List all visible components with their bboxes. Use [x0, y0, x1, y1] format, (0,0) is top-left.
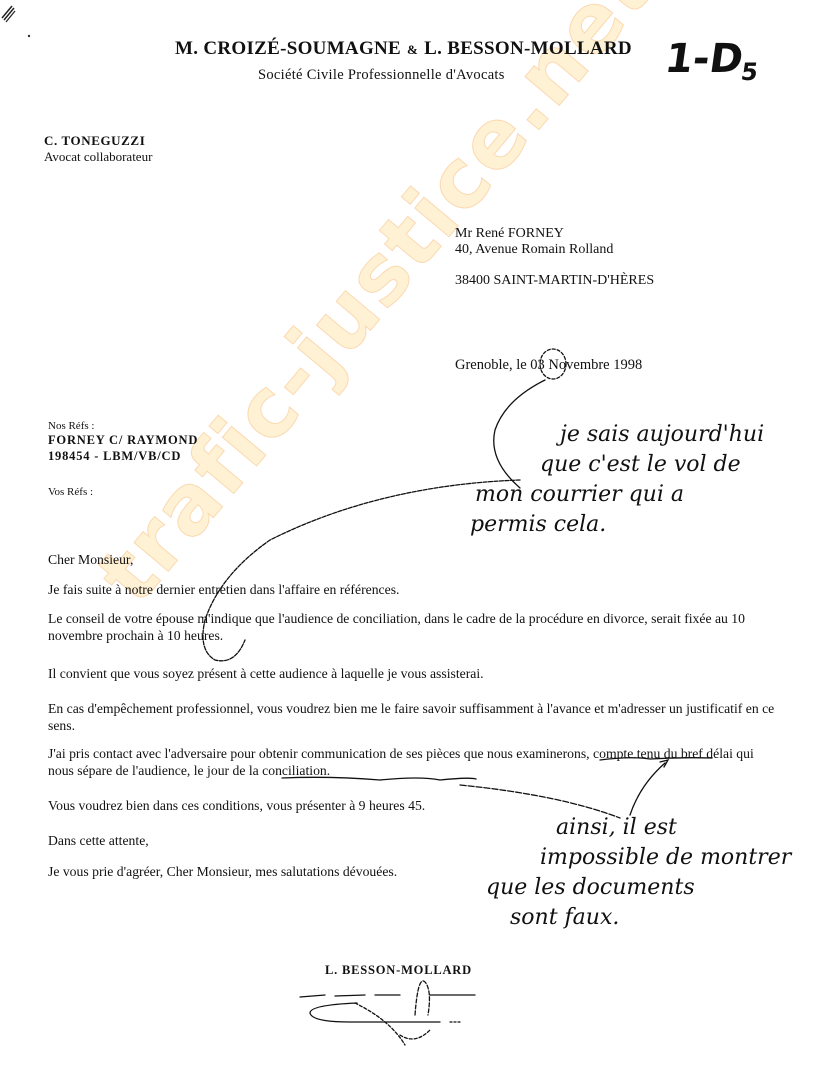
- note-1-line-1: je sais aujourd'hui: [560, 420, 764, 450]
- author-role: Avocat collaborateur: [44, 149, 152, 165]
- handwritten-reference: 1-D5: [661, 36, 762, 86]
- recipient-city: 38400 SAINT-MARTIN-D'HÈRES: [455, 273, 654, 289]
- handwritten-reference-main: 1-D: [662, 36, 746, 82]
- paragraph-3: Il convient que vous soyez présent à cet…: [48, 665, 778, 682]
- signature-scribble-icon: [300, 995, 475, 997]
- paragraph-6: Vous voudrez bien dans ces conditions, v…: [48, 797, 778, 814]
- handwritten-reference-sub: 5: [739, 58, 760, 86]
- signatory-name: L. BESSON-MOLLARD: [325, 963, 472, 978]
- our-refs-line-2: 198454 - LBM/VB/CD: [48, 449, 181, 464]
- your-refs-label: Vos Réfs :: [48, 486, 93, 498]
- note-1-line-3: mon courrier qui a: [475, 480, 764, 510]
- paragraph-5: J'ai pris contact avec l'adversaire pour…: [48, 745, 778, 779]
- paragraph-2: Le conseil de votre épouse m'indique que…: [48, 610, 778, 644]
- recipient-street: 40, Avenue Romain Rolland: [455, 242, 613, 258]
- handwritten-note-1: je sais aujourd'hui que c'est le vol de …: [540, 420, 764, 540]
- bracket-arrow-icon: [494, 380, 545, 488]
- paragraph-1: Je fais suite à notre dernier entretien …: [48, 581, 778, 598]
- author-name: C. TONEGUZZI: [44, 133, 145, 149]
- paragraph-4: En cas d'empêchement professionnel, vous…: [48, 700, 778, 734]
- note-2-line-3: que les documents: [486, 873, 791, 903]
- ampersand: &: [407, 42, 418, 57]
- note-1-line-2: que c'est le vol de: [540, 450, 764, 480]
- salutation: Cher Monsieur,: [48, 551, 778, 568]
- firm-partner-1: M. CROIZÉ-SOUMAGNE: [175, 38, 401, 59]
- note-2-line-1: ainsi, il est: [556, 813, 791, 843]
- date-line: Grenoble, le 03 Novembre 1998: [455, 357, 642, 374]
- handwritten-note-2: ainsi, il est impossible de montrer que …: [548, 813, 791, 933]
- note-2-line-2: impossible de montrer: [540, 843, 791, 873]
- recipient-name: Mr René FORNEY: [455, 226, 564, 242]
- our-refs-line-1: FORNEY C/ RAYMOND: [48, 433, 198, 448]
- note-1-line-4: permis cela.: [470, 510, 764, 540]
- our-refs-label: Nos Réfs :: [48, 420, 94, 432]
- firm-partner-2: L. BESSON-MOLLARD: [424, 38, 632, 59]
- firm-subtitle: Société Civile Professionnelle d'Avocats: [258, 67, 505, 84]
- firm-name: M. CROIZÉ-SOUMAGNE&L. BESSON-MOLLARD: [175, 38, 632, 60]
- note-2-line-4: sont faux.: [510, 903, 791, 933]
